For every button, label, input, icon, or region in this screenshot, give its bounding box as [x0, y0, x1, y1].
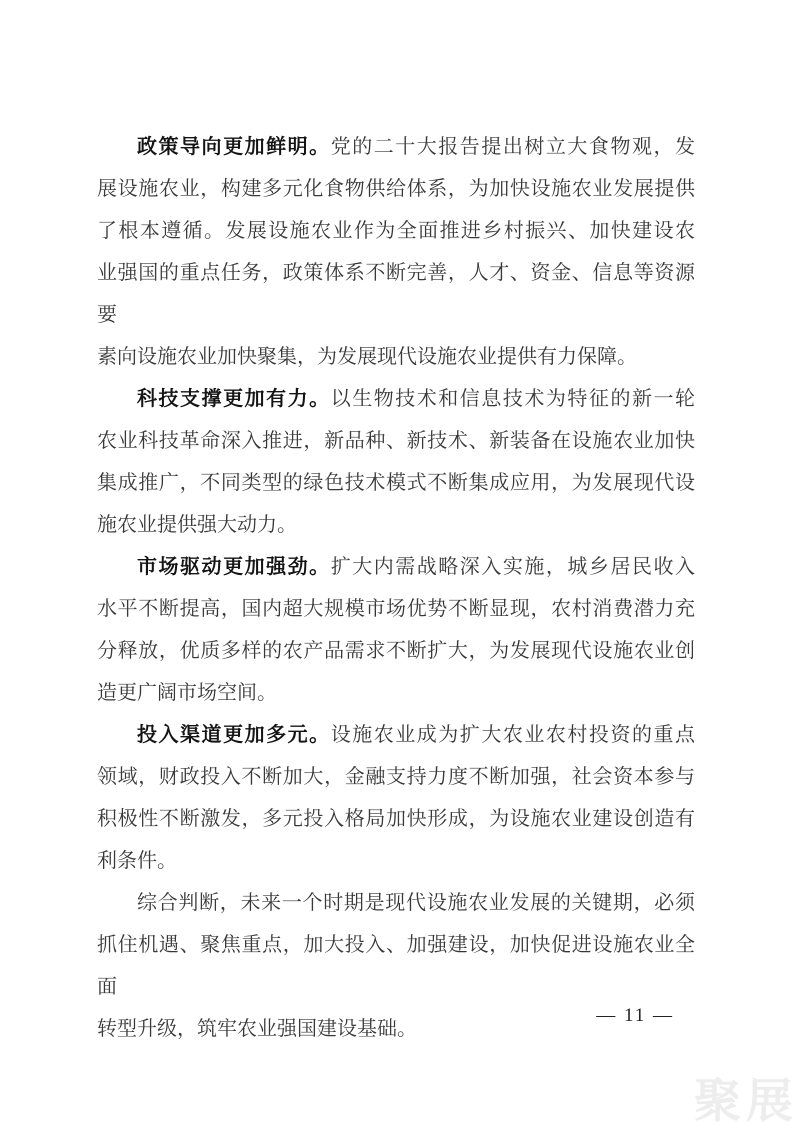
text-line: 了根本遵循。发展设施农业作为全面推进乡村振兴、加快建设农: [97, 210, 695, 252]
paragraph-lead: 科技支撑更加有力。: [137, 388, 331, 410]
paragraph-lead: 市场驱动更加强劲。: [137, 556, 331, 578]
paragraph-lead: 政策导向更加鲜明。: [137, 136, 331, 158]
text-line: 利条件。: [97, 840, 695, 882]
text-line: 农业科技革命深入推进，新品种、新技术、新装备在设施农业加快: [97, 420, 695, 462]
paragraph-text: 转型升级，筑牢农业强国建设基础。: [97, 1018, 417, 1040]
watermark-logo: 聚展: [694, 1064, 794, 1123]
text-line: 造更广阔市场空间。: [97, 672, 695, 714]
text-line: 水平不断提高，国内超大规模市场优势不断显现，农村消费潜力充: [97, 588, 695, 630]
text-line: 施农业提供强大动力。: [97, 504, 695, 546]
text-line: 积极性不断激发，多元投入格局加快形成，为设施农业建设创造有: [97, 798, 695, 840]
text-line: 综合判断，未来一个时期是现代设施农业发展的关键期，必须: [97, 882, 695, 924]
page-footer: — 11 —: [596, 1005, 674, 1027]
text-line: 抓住机遇、聚焦重点，加大投入、加强建设，加快促进设施农业全面: [97, 924, 695, 1008]
text-line: 集成推广，不同类型的绿色技术模式不断集成应用，为发展现代设: [97, 462, 695, 504]
paragraph-investment-channels: 投入渠道更加多元。设施农业成为扩大农业农村投资的重点领域，财政投入不断加大，金融…: [97, 714, 695, 882]
text-line: 业强国的重点任务，政策体系不断完善，人才、资金、信息等资源要: [97, 252, 695, 336]
text-line: 市场驱动更加强劲。扩大内需战略深入实施，城乡居民收入: [97, 546, 695, 588]
text-line: 领域，财政投入不断加大，金融支持力度不断加强，社会资本参与: [97, 756, 695, 798]
document-page: 政策导向更加鲜明。党的二十大报告提出树立大食物观，发展设施农业，构建多元化食物供…: [0, 0, 794, 1123]
paragraph-text: 农业科技革命深入推进，新品种、新技术、新装备在设施农业加快: [97, 430, 695, 452]
text-line: 科技支撑更加有力。以生物技术和信息技术为特征的新一轮: [97, 378, 695, 420]
paragraph-text: 利条件。: [97, 850, 177, 872]
text-line: 素向设施农业加快聚集，为发展现代设施农业提供有力保障。: [97, 336, 695, 378]
paragraph-text: 综合判断，未来一个时期是现代设施农业发展的关键期，必须: [137, 892, 695, 914]
page-number: — 11 —: [596, 1005, 674, 1026]
paragraph-text: 业强国的重点任务，政策体系不断完善，人才、资金、信息等资源要: [97, 262, 695, 326]
paragraph-lead: 投入渠道更加多元。: [137, 724, 331, 746]
text-line: 分释放，优质多样的农产品需求不断扩大，为发展现代设施农业创: [97, 630, 695, 672]
text-line: 展设施农业，构建多元化食物供给体系，为加快设施农业发展提供: [97, 168, 695, 210]
paragraph-technology-support: 科技支撑更加有力。以生物技术和信息技术为特征的新一轮农业科技革命深入推进，新品种…: [97, 378, 695, 546]
paragraph-text: 水平不断提高，国内超大规模市场优势不断显现，农村消费潜力充: [97, 598, 695, 620]
paragraph-text: 集成推广，不同类型的绿色技术模式不断集成应用，为发展现代设: [97, 472, 695, 494]
paragraph-text: 了根本遵循。发展设施农业作为全面推进乡村振兴、加快建设农: [97, 220, 695, 242]
paragraph-text: 以生物技术和信息技术为特征的新一轮: [331, 388, 695, 410]
paragraph-text: 党的二十大报告提出树立大食物观，发: [331, 136, 695, 158]
paragraph-policy-orientation: 政策导向更加鲜明。党的二十大报告提出树立大食物观，发展设施农业，构建多元化食物供…: [97, 126, 695, 378]
paragraph-market-drive: 市场驱动更加强劲。扩大内需战略深入实施，城乡居民收入水平不断提高，国内超大规模市…: [97, 546, 695, 714]
paragraph-text: 抓住机遇、聚焦重点，加大投入、加强建设，加快促进设施农业全面: [97, 934, 695, 998]
paragraph-text: 分释放，优质多样的农产品需求不断扩大，为发展现代设施农业创: [97, 640, 695, 662]
paragraph-text: 扩大内需战略深入实施，城乡居民收入: [331, 556, 695, 578]
text-block: 政策导向更加鲜明。党的二十大报告提出树立大食物观，发展设施农业，构建多元化食物供…: [97, 126, 695, 1050]
paragraph-text: 施农业提供强大动力。: [97, 514, 297, 536]
paragraph-text: 展设施农业，构建多元化食物供给体系，为加快设施农业发展提供: [97, 178, 695, 200]
paragraph-text: 领域，财政投入不断加大，金融支持力度不断加强，社会资本参与: [97, 766, 695, 788]
paragraph-text: 设施农业成为扩大农业农村投资的重点: [331, 724, 695, 746]
text-line: 投入渠道更加多元。设施农业成为扩大农业农村投资的重点: [97, 714, 695, 756]
paragraph-text: 造更广阔市场空间。: [97, 682, 277, 704]
text-line: 政策导向更加鲜明。党的二十大报告提出树立大食物观，发: [97, 126, 695, 168]
paragraph-text: 素向设施农业加快聚集，为发展现代设施农业提供有力保障。: [97, 346, 637, 368]
paragraph-text: 积极性不断激发，多元投入格局加快形成，为设施农业建设创造有: [97, 808, 695, 830]
